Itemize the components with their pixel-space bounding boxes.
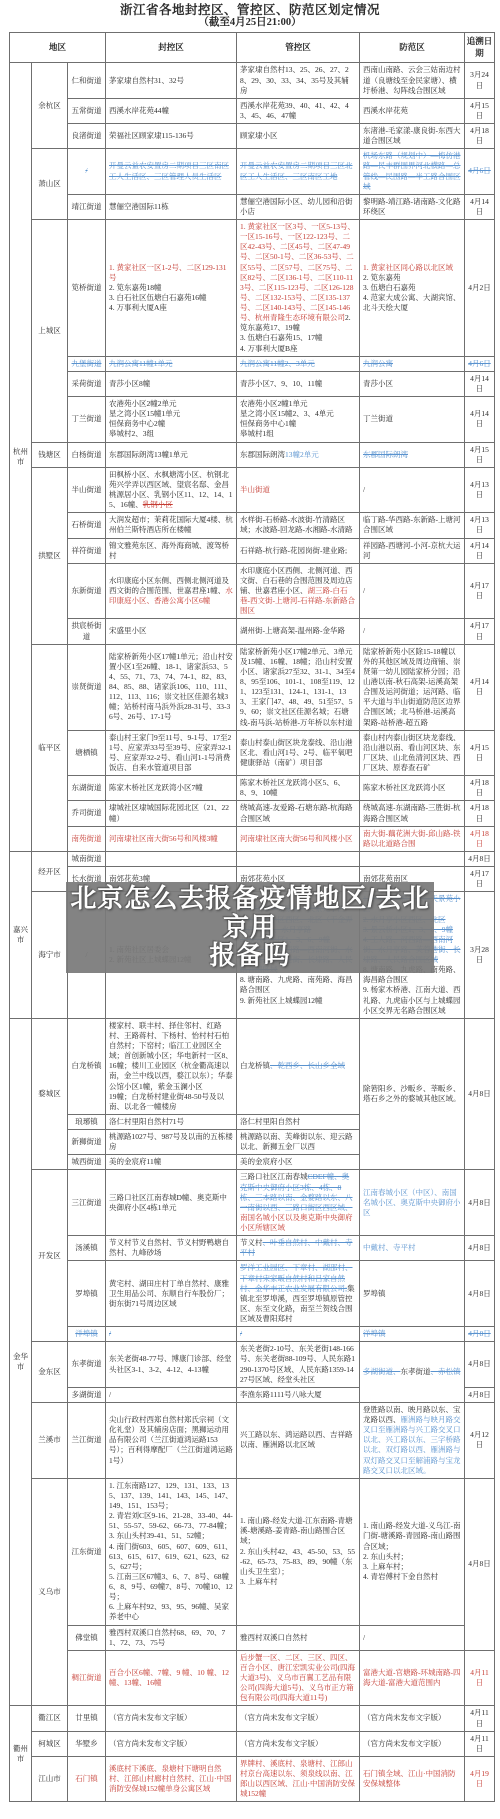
- cell-seal-zone: 节义村节义自然村、节义村野鸭塘自然村、九峰砂场: [106, 1236, 237, 1261]
- cell-prevent-zone: 祥园路-西塘河-小河-京杭大运河: [360, 538, 465, 563]
- cell-prevent-zone: 九润公寓: [360, 356, 465, 371]
- cell-district: 拱墅区: [32, 467, 68, 644]
- cell-text: 半山街道: [240, 485, 270, 494]
- cell-street: 江东街道: [68, 1478, 106, 1625]
- cell-text: 石桥街道: [72, 520, 102, 529]
- cell-trace-date: 4月11日: [465, 1731, 495, 1756]
- cell-text: 罗埠镇: [75, 1289, 98, 1298]
- cell-control-zone: 半山街道: [237, 467, 360, 513]
- cell-street: 乔司街道: [68, 801, 106, 826]
- cell-text: 泰山村王家门9至11号、9-1号、17至21号、应家弄33号至39号、应家弄32…: [109, 733, 232, 772]
- cell-text: 水样街-石桥路-水波街-竹清路区域；水波路-回龙路-水湘路-水清路: [240, 515, 353, 534]
- cell-street: 多湖街道: [68, 1387, 106, 1402]
- table-row: 塘栖镇泰山村王家门9至11号、9-1号、17至21号、应家弄33号至39号、应家…: [10, 730, 495, 776]
- overlay-caption: 北京怎么去报备疫情地区/去北京用 报备吗: [66, 882, 434, 973]
- cell-trace-date: 4月17日: [465, 619, 495, 644]
- cell-text: 慧俪空港国际11栋: [109, 202, 169, 211]
- cell-prevent-zone: 多湖街道、东孝街道、赤松镇: [360, 1342, 465, 1403]
- cell-street: 城西街道: [68, 1155, 106, 1170]
- cell-street: 稠江街道: [68, 1650, 106, 1706]
- cell-prevent-zone: 1. 黄家社区同心路以北区域 2. 笕东嘉苑 3. 伍塘白石嘉苑 4. 范家大成…: [360, 220, 465, 357]
- page: 浙江省各地封控区、管控区、防范区划定情况 （截至4月25日21:00） 地区 封…: [0, 0, 500, 1819]
- cell-trace-date: 4月14日: [465, 644, 495, 730]
- table-row: 金东区东孝街道东关老街48-77号、博康门诊部、经堂头社区3-1、3-2、4-1…: [10, 1342, 495, 1388]
- cell-text: 南国名城小区以及奥克斯中央御府小区所辖区域: [240, 1213, 353, 1232]
- table-row: 采荷街道青莎小区8幢青莎小区7、9、10、11幢青莎小区4月14日: [10, 371, 495, 396]
- cell-text: 、乾西乡、长山乡全域: [270, 1061, 345, 1070]
- cell-text: /: [109, 1390, 111, 1399]
- cell-text: 白杨街道: [72, 450, 102, 459]
- page-title: 浙江省各地封控区、管控区、防范区划定情况: [0, 3, 500, 17]
- cell-control-zone: 慧俪空港国际小区、幼儿园和沿街小店: [237, 194, 360, 219]
- cell-text: 13幢2单元: [285, 450, 319, 459]
- cell-seal-zone: 九润公寓11幢1单元: [106, 356, 237, 371]
- cell-text: （官方尚未发布文字版）: [109, 1739, 192, 1748]
- cell-text: 祥符街道: [72, 546, 102, 555]
- cell-text: 石门镇: [75, 1774, 98, 1783]
- cell-text: 东渚港-毛家漾-康良街-东西大道合围区域: [363, 126, 461, 145]
- cell-text: 节义村节义自然村、节义村野鸭塘自然村、九峰砂场: [109, 1238, 229, 1257]
- table-row: 萧山区/开曼云益农安置房二期项目三区南区工人生活区、三区管理人员生活区开曼云益农…: [10, 149, 495, 195]
- cell-text: 1. 黄家社区同心路以北区域: [363, 263, 453, 272]
- cell-district: 衢江区: [32, 1706, 68, 1731]
- table-row: 钱塘区白杨街道东郡国际朗湾13幢1单元东郡国际朗湾13幢2单元东郡国际朗湾4月1…: [10, 442, 495, 467]
- cell-text: 1. 南山路-经发大道-江东南路-青塘溪-塘溪路-姜青路-南山路围合区域； 2.…: [240, 1516, 355, 1586]
- cell-prevent-zone: 机场东路（规划中）—梅仿港路—民丰群围界河北横路—总管线—民围路—半工路合围区域: [360, 149, 465, 195]
- cell-text: 4月2日: [468, 283, 491, 292]
- column-header-seal: 封控区: [106, 33, 237, 63]
- cell-text: 乳钢小区: [143, 500, 173, 509]
- cell-prevent-zone: 丁兰街道: [360, 397, 465, 443]
- cell-text: （官方尚未发布文字版）: [240, 1739, 323, 1748]
- cell-control-zone: 农港苑小区2幢1单元 星之湾小区15幢2、3、4单元 恒保商务中心1幢 皋城村1…: [237, 397, 360, 443]
- cell-street: 祥符街道: [68, 538, 106, 563]
- page-subtitle: （截至4月25日21:00）: [0, 17, 500, 29]
- cell-seal-zone: 尖山行政村西郑自然村郑氏宗祠（文化礼堂）及其辅房店面；黑狮运动用品有限公司（兰江…: [106, 1402, 237, 1478]
- cell-control-zone: 顾家埭小区: [237, 124, 360, 149]
- cell-text: 三路口社区江南春城: [240, 1172, 308, 1181]
- cell-prevent-zone: 西溪水岸花苑: [360, 98, 465, 123]
- cell-text: 三江街道: [72, 1198, 102, 1207]
- cell-text: 采荷街道: [72, 379, 102, 388]
- cell-text: 4月15日: [470, 743, 489, 762]
- cell-text: 佛堂镇: [75, 1633, 98, 1642]
- cell-text: 界牌村、溪底村、泉塘村、江郎山村京台高速以东、须泉线以南、江郎山以西区域、江山·…: [240, 1759, 355, 1798]
- cell-control-zone: 泰山村泰山街区块龙泰线、沿山港区北、看山河1号、2号、临平氧吧健康驿站（南矿）项…: [237, 730, 360, 776]
- cell-text: 4月17日: [470, 581, 489, 600]
- cell-text: 、赤松镇: [431, 1367, 461, 1376]
- cell-street: 九堡街道: [68, 356, 106, 371]
- cell-text: 4月8日: [468, 1359, 491, 1368]
- cell-text: 新狮街道: [72, 1137, 102, 1146]
- cell-seal-zone: 泰山村王家门9至11号、9-1号、17至21号、应家弄33号至39号、应家弄32…: [106, 730, 237, 776]
- cell-street: 东孝街道: [68, 1342, 106, 1388]
- cell-text: /: [85, 166, 87, 175]
- column-header-date: 追溯日期: [465, 33, 495, 63]
- cell-street: 兰江街道: [68, 1402, 106, 1478]
- cell-district: 兰溪市: [32, 1402, 68, 1478]
- cell-street: 佛堂镇: [68, 1625, 106, 1650]
- cell-trace-date: 4月8日: [465, 1478, 495, 1650]
- cell-control-zone: （官方尚未发布文字版）: [237, 1706, 360, 1731]
- cell-seal-zone: /: [106, 1387, 237, 1402]
- cell-district: 经开区: [32, 851, 68, 891]
- cell-control-zone: 青莎小区7、9、10、11幢: [237, 371, 360, 396]
- cell-text: 4月19日: [470, 1769, 489, 1788]
- cell-control-zone: 兴工路以东、鸿运路以西、吉祥路以南、雁洲路以北区域: [237, 1402, 360, 1478]
- cell-control-zone: 水印康庭小区西侧、北侧河道、西文街、白石巷的合围范围及周边店铺、世嘉君座小区、湖…: [237, 563, 360, 619]
- cell-control-zone: 湖州街-上塘高架-温州路-金华路: [237, 619, 360, 644]
- cell-seal-zone: 陆家桥新苑小区17幢1单元；沿山村安置小区1至26幢、18-1、诸家浜53、54…: [106, 644, 237, 730]
- cell-district: 上城区: [32, 220, 68, 443]
- cell-prevent-zone: /: [360, 467, 465, 513]
- cell-prevent-zone: 陈家木桥社区龙跃湾小区: [360, 776, 465, 801]
- cell-text: 东关老街48-77号、博康门诊部、经堂头社区3-1、3-2、4-12、4-13幢: [109, 1354, 232, 1373]
- cell-text: 1. 黄家社区一区3号、一区5-13号、一区15-16号、一区122-123号、…: [240, 222, 355, 322]
- cell-text: /: [240, 1329, 242, 1338]
- cell-text: 4月18日: [470, 126, 489, 145]
- cell-trace-date: 4月8日: [465, 851, 495, 866]
- cell-seal-zone: 锦文雅苑东区、海外海商城、渡驾桥村: [106, 538, 237, 563]
- cell-prevent-zone: 登胜路以南、映月路以东、宝龙路以西、雁洲路与映月路交叉口至雁洲路与兴工路交叉口以…: [360, 1402, 465, 1478]
- cell-street: 东新街道: [68, 563, 106, 619]
- cell-street: 石门镇: [68, 1756, 106, 1802]
- cell-text: 南大街-藕花洲大街-邱山路-铁路以北道路合围: [363, 829, 461, 848]
- cell-prevent-zone: （官方尚未发布文字版）: [360, 1731, 465, 1756]
- cell-seal-zone: 开曼云益农安置房二期项目三区南区工人生活区、三区管理人员生活区: [106, 149, 237, 195]
- cell-street: 琅琊镇: [68, 1114, 106, 1129]
- cell-text: 洋埠镇: [363, 1329, 386, 1338]
- cell-trace-date: 4月15日: [465, 98, 495, 123]
- cell-seal-zone: 农港苑小区2幢2单元 星之湾小区15幢1单元 恒保商务中心2幢 皋城村2、3组: [106, 397, 237, 443]
- cell-text: 洋埠镇: [75, 1329, 98, 1338]
- cell-control-zone: 九润公寓11幢2、3单元: [237, 356, 360, 371]
- table-row: 上城区笕桥街道1. 黄家社区一区1-2号、二区129-131号 2. 笕东嘉苑1…: [10, 220, 495, 357]
- cell-text: 青莎小区: [363, 379, 393, 388]
- cell-prevent-zone: 富港大道-官塘路-环城南路-四海大道-富港大道范围内: [360, 1650, 465, 1706]
- cell-control-zone: 东郡国际朗湾13幢2单元: [237, 442, 360, 467]
- cell-street: 五常街道: [68, 98, 106, 123]
- cell-text: 顾家埭小区: [240, 131, 278, 140]
- cell-street: 罗埠镇: [68, 1261, 106, 1327]
- cell-control-zone: 美的金宸府小区: [237, 1155, 360, 1170]
- table-row: 开发区三江街道三路口社区江南春城D幢、奥克斯中央御府小区4栋1单元三路口社区江南…: [10, 1170, 495, 1236]
- cell-street: 南苑街道: [68, 826, 106, 851]
- cell-control-zone: [237, 851, 360, 866]
- cell-text: （官方尚未发布文字版）: [240, 1713, 323, 1722]
- cell-district: 余杭区: [32, 63, 68, 149]
- cell-text: 4月14日: [470, 374, 489, 393]
- cell-control-zone: 东关老街2-10号、东关老街148-166号、东关老街88-109号、人民东路1…: [237, 1342, 360, 1388]
- cell-trace-date: 4月8日: [465, 1236, 495, 1261]
- cell-text: 除箬阳乡、沙畈乡、莘畈乡、塔石乡之外的婺城其他区域。: [363, 1084, 461, 1103]
- cell-text: 塘栖镇: [75, 748, 98, 757]
- cell-text: 兰江街道: [72, 1435, 102, 1444]
- cell-street: 新狮街道: [68, 1130, 106, 1155]
- cell-text: 汤溪镇: [75, 1243, 98, 1252]
- cell-text: 4月14日: [470, 677, 489, 696]
- cell-prevent-zone: /: [360, 1625, 465, 1650]
- cell-text: 东郡国际朗湾: [363, 450, 408, 459]
- cell-seal-zone: 西溪水岸花苑44幢: [106, 98, 237, 123]
- cell-control-zone: 界牌村、溪底村、泉塘村、江郎山村京台高速以东、须泉线以南、江郎山以西区域、江山·…: [237, 1756, 360, 1802]
- cell-text: 黄宅村、湖田庄村丁单自然村、康雅卫生用品公司、东顺自行车股份厂；街东街71号周边…: [109, 1279, 229, 1308]
- cell-text: 青莎小区7、9、10、11幢: [240, 379, 322, 388]
- cell-trace-date: 4月8日: [465, 1261, 495, 1327]
- cell-text: 白龙桥镇: [240, 1061, 270, 1070]
- cell-text: /: [109, 1329, 111, 1338]
- table-row: 汤溪镇节义村节义自然村、节义村野鸭塘自然村、九峰砂场节义村、叶垂自然村、中戴村、…: [10, 1236, 495, 1261]
- table-row: 临平区崇贤街道陆家桥新苑小区17幢1单元；沿山村安置小区1至26幢、18-1、诸…: [10, 644, 495, 730]
- cell-text: /: [363, 1633, 365, 1642]
- cell-text: 4月14日: [470, 541, 489, 560]
- cell-street: 白龙桥镇: [68, 1018, 106, 1114]
- cell-trace-date: 4月8日: [465, 1327, 495, 1342]
- cell-text: 4月6日: [468, 359, 491, 368]
- cell-control-zone: 三路口社区江南春城CDEF幢、奥克斯中央御府小区3栋、4栋、8栋、三本路以南、金…: [237, 1170, 360, 1236]
- cell-text: 4月14日: [470, 197, 489, 216]
- cell-text: 陆家桥新苑小区除15-18幢以外的其他区域及周边商铺、崇贤第一幼儿园陆家桥分园；…: [363, 647, 461, 727]
- cell-text: 城南街道: [72, 854, 102, 863]
- cell-text: 洛仁村里阳自然村: [240, 1117, 300, 1126]
- cell-street: 白杨街道: [68, 442, 106, 467]
- cell-text: 4月8日: [468, 1198, 491, 1207]
- cell-seal-zone: 美的金宸府11幢: [106, 1155, 237, 1170]
- cell-text: 西溪水岸花苑: [363, 106, 408, 115]
- cell-text: 4月12日: [470, 1430, 489, 1449]
- cell-text: （官方尚未发布文字版）: [363, 1713, 446, 1722]
- cell-trace-date: 4月14日: [465, 538, 495, 563]
- cell-seal-zone: 大润发超市；茉莉花国际大厦4楼、杭州伯兰斯特酒店所在楼幢: [106, 513, 237, 538]
- cell-trace-date: 4月17日: [465, 563, 495, 619]
- table-row: 佛堂镇雅西村双溪口自然村68、69、70、71、72、73、75号雅西村双溪口自…: [10, 1625, 495, 1650]
- cell-text: 雅西村双溪口自然村68、69、70、71、72、73、75号: [109, 1628, 225, 1647]
- cell-control-zone: 陆家桥新苑小区17幢2单元、3单元及15幢、16幢、18幢；沿山村安置小区、诸家…: [237, 644, 360, 730]
- cell-text: （官方尚未发布文字版）: [109, 1713, 192, 1722]
- cell-text: 九润公寓11幢2、3单元: [240, 359, 315, 368]
- cell-text: 8. 塘南路、九虎路、南苑路、海昌路合围区 9. 新苑社区上城蝶园12幢: [240, 975, 353, 1004]
- cell-text: 4月14日: [470, 409, 489, 428]
- cell-trace-date: 4月18日: [465, 124, 495, 149]
- cell-district: 江山市: [32, 1756, 68, 1802]
- cell-text: 锦文雅苑东区、海外海商城、渡驾桥村: [109, 541, 229, 560]
- cell-text: 1. 南山路-经发大道-义乌江-南门街-塘溪路-青园路-南山路围合区域； 2. …: [363, 1521, 461, 1581]
- table-row: 稠江街道百合小区6幢、7幢、9 幢、10 幢、12幢、13幢、16幢后步蟹一区、…: [10, 1650, 495, 1706]
- cell-trace-date: 4月15日: [465, 730, 495, 776]
- cell-control-zone: 开曼云益农安置房二期项目三区北区工人生活区、三区南区工地: [237, 149, 360, 195]
- cell-street: 良渚街道: [68, 124, 106, 149]
- cell-control-zone: 西溪水岸花苑39、40、41、42、43、45、46、47幢: [237, 98, 360, 123]
- cell-text: 东郡国际朗湾13幢1单元: [109, 450, 188, 459]
- cell-text: 笕桥街道: [72, 283, 102, 292]
- table-row: 义乌市江东街道1. 江东南路127、129、131、133、135、137、13…: [10, 1478, 495, 1625]
- cell-text: 4月11日: [470, 1708, 488, 1727]
- table-row: 柯城区华墅乡（官方尚未发布文字版）（官方尚未发布文字版）（官方尚未发布文字版）4…: [10, 1731, 495, 1756]
- cell-text: 雅西村双溪口自然村: [240, 1633, 308, 1642]
- cell-control-zone: 白龙桥镇、乾西乡、长山乡全域: [237, 1018, 360, 1114]
- cell-text: 九润公寓: [363, 359, 393, 368]
- table-row: 东新街道水印康庭小区东侧、西侧北侧河道及西文街的合围范围、世嘉君座1幢、水印康庭…: [10, 563, 495, 619]
- cell-seal-zone: 百合小区6幢、7幢、9 幢、10 幢、12幢、13幢、16幢: [106, 1650, 237, 1706]
- cell-text: 2. 笕东嘉苑18幢 3. 白石社区伍塘白石嘉苑16幢 4. 万事利大厦A座: [109, 283, 207, 312]
- table-row: 九堡街道九润公寓11幢1单元九润公寓11幢2、3单元九润公寓4月6日: [10, 356, 495, 371]
- cell-text: 中戴村、寺平村: [363, 1243, 416, 1252]
- table-row: 兰溪市兰江街道尖山行政村西郑自然村郑氏宗祠（文化礼堂）及其辅房店面；黑狮运动用品…: [10, 1402, 495, 1478]
- cell-text: 4月15日: [470, 101, 489, 120]
- cell-trace-date: 4月11日: [465, 1650, 495, 1706]
- cell-control-zone: （官方尚未发布文字版）: [237, 1731, 360, 1756]
- cell-district: 柯城区: [32, 1731, 68, 1756]
- cell-text: 琅琊镇: [75, 1117, 98, 1126]
- cell-text: 4月8日: [468, 1329, 491, 1338]
- cell-text: 美的金宸府11幢: [109, 1157, 161, 1166]
- table-row: 拱墅区半山街道田枫桥小区、水枫塘湾小区、杭钢北苑兴学弄以西区域、望宸名邸、金昌桃…: [10, 467, 495, 513]
- cell-street: 华墅乡: [68, 1731, 106, 1756]
- cell-street: 汤溪镇: [68, 1236, 106, 1261]
- cell-text: 九堡街道: [72, 359, 102, 368]
- cell-text: 4月18日: [470, 778, 489, 797]
- column-header-region: 地区: [10, 33, 106, 63]
- cell-seal-zone: 楼家村、联丰村、择住邻村、红路村、王路蒋村、下杨村、怡村村石柏自然村；下窑村；临…: [106, 1018, 237, 1114]
- cell-text: 泰山村泰山街区块龙泰线、沿山港区北、看山河1号、2号、临平氧吧健康驿站（南矿）项…: [240, 738, 353, 767]
- cell-street: 半山街道: [68, 467, 106, 513]
- cell-text: 开曼云益农安置房二期项目三区北区工人生活区、三区南区工地: [240, 161, 353, 180]
- cell-text: 绕城高速-友爱路-石塘东路-杭海路合围区域: [240, 803, 353, 822]
- cell-city: 金华市: [10, 1018, 32, 1706]
- cell-seal-zone: 水印康庭小区东侧、西侧北侧河道及西文街的合围范围、世嘉君座1幢、水印康庭小区、香…: [106, 563, 237, 619]
- cell-text: 丁兰街道: [363, 414, 393, 423]
- cell-control-zone: 石祥路-杭行路-花园岗街-建业路;: [237, 538, 360, 563]
- table-row: 石桥街道大润发超市；茉莉花国际大厦4楼、杭州伯兰斯特酒店所在楼幢水样街-石桥路-…: [10, 513, 495, 538]
- cell-text: 江南春城小区（中区）、南国名城小区、奥克斯中央御府小区: [363, 1188, 461, 1217]
- table-row: 嘉兴市经开区城南街道4月8日: [10, 851, 495, 866]
- table-header-row: 地区 封控区 管控区 防范区 追溯日期: [10, 33, 495, 63]
- cell-control-zone: 陈家木桥社区龙跃湾小区5、6、8、9、10幢: [237, 776, 360, 801]
- cell-trace-date: 4月18日: [465, 826, 495, 851]
- cell-seal-zone: 1. 江东南路127、129、131、133、135、137、139、141、1…: [106, 1478, 237, 1625]
- cell-text: 陈家木桥社区龙跃湾小区: [363, 783, 446, 792]
- cell-district: 金东区: [32, 1342, 68, 1403]
- cell-text: 三路口社区江南春城D幢、奥克斯中央御府小区4栋1单元: [109, 1193, 227, 1212]
- cell-trace-date: 4月14日: [465, 194, 495, 219]
- cell-trace-date: 4月14日: [465, 397, 495, 443]
- cell-trace-date: 4月8日: [465, 1170, 495, 1236]
- cell-text: 4月18日: [470, 829, 489, 848]
- cell-text: 桃源路以南、芙峰街以东、迎云路以北、新狮五金厂以西: [240, 1132, 353, 1151]
- cell-trace-date: 4月14日: [465, 371, 495, 396]
- cell-text: 东湖街道: [72, 783, 102, 792]
- cell-text: 东关老街2-10号、东关老街148-166号、东关老街88-109号、人民东路1…: [240, 1344, 355, 1383]
- cell-text: 洛仁村里阳自然村71号: [109, 1117, 184, 1126]
- cell-prevent-zone: 泰山村内泰山街区块龙泰线、沿山港以南、看山河区块、东厂区块、山北鱼清河区块、西厂…: [360, 730, 465, 776]
- cell-text: /: [363, 485, 365, 494]
- cell-text: 廿里镇: [75, 1713, 98, 1722]
- cell-seal-zone: 东关老街48-77号、博康门诊部、经堂头社区3-1、3-2、4-12、4-13幢: [106, 1342, 237, 1388]
- cell-text: 4月8日: [468, 1243, 491, 1252]
- cell-prevent-zone: 洋埠镇: [360, 1327, 465, 1342]
- cell-seal-zone: （官方尚未发布文字版）: [106, 1706, 237, 1731]
- cell-prevent-zone: 西南山南路、云会三姑南边村道（良塘线至金民家塘）、横圩桥港、勾阵线合围区域: [360, 63, 465, 98]
- cell-prevent-zone: 东渚港-毛家漾-康良街-东西大道合围区域: [360, 124, 465, 149]
- cell-text: 2. 笕东嘉苑 3. 伍塘白石嘉苑 4. 范家大成公寓、大湖宾馆、北斗天绘大厦: [363, 273, 461, 312]
- cell-text: 水印康庭小区东侧、西侧北侧河道及西文街的合围范围、世嘉君座1幢、: [109, 576, 229, 595]
- cell-street: 洋埠镇: [68, 1327, 106, 1342]
- cell-text: 4月8日: [468, 854, 491, 863]
- cell-seal-zone: 青莎小区8幢: [106, 371, 237, 396]
- cell-street: 石桥街道: [68, 513, 106, 538]
- table-row: 五常街道西溪水岸花苑44幢西溪水岸花苑39、40、41、42、43、45、46、…: [10, 98, 495, 123]
- cell-text: 农港苑小区2幢2单元 星之湾小区15幢1单元 恒保商务中心2幢 皋城村2、3组: [109, 399, 180, 438]
- cell-seal-zone: 洛仁村里阳自然村71号: [106, 1114, 237, 1129]
- cell-text: 绕城高速-东湖南路-三胜街-杭海路合围区域: [363, 803, 461, 822]
- cell-seal-zone: 溪底村下溪底、泉塘村下塘明自然村、江郎山村廊村自然村、江山·中国消防安保城152…: [106, 1756, 237, 1802]
- table-row: 衢州市衢江区廿里镇（官方尚未发布文字版）（官方尚未发布文字版）（官方尚未发布文字…: [10, 1706, 495, 1731]
- cell-text: 东孝街道: [401, 1367, 431, 1376]
- cell-prevent-zone: /: [360, 619, 465, 644]
- cell-text: 茅家埭自然村13、25、26、27、28、29、30、33、34、35号及其辅房: [240, 65, 349, 94]
- cell-text: 4月15日: [470, 445, 489, 464]
- cell-control-zone: 1. 黄家社区一区3号、一区5-13号、一区15-16号、一区122-123号、…: [237, 220, 360, 357]
- cell-control-zone: 雅西村双溪口自然村: [237, 1625, 360, 1650]
- cell-text: 4月17日: [470, 869, 489, 888]
- cell-text: 3月28日: [470, 945, 489, 964]
- cell-street: 三江街道: [68, 1170, 106, 1236]
- cell-trace-date: 4月8日: [465, 1342, 495, 1388]
- table-row: 拱宸桥街道宋盛里小区湖州街-上塘高架-温州路-金华路/4月17日: [10, 619, 495, 644]
- cell-prevent-zone: 石门镇全域、江山·中国消防安保城整体: [360, 1756, 465, 1802]
- cell-control-zone: 洛仁村里阳自然村: [237, 1114, 360, 1129]
- cell-text: 临丁路-华西路-东新路-上塘河合围区域: [363, 515, 461, 534]
- cell-text: 城西街道: [72, 1157, 102, 1166]
- table-row: 罗埠镇黄宅村、湖田庄村丁单自然村、康雅卫生用品公司、东顺自行车股份厂；街东街71…: [10, 1261, 495, 1327]
- cell-text: （官方尚未发布文字版）: [363, 1739, 446, 1748]
- cell-prevent-zone: /: [360, 563, 465, 619]
- cell-text: 3月24日: [470, 70, 489, 89]
- cell-text: /: [363, 586, 365, 595]
- cell-control-zone: 绕城高速-友爱路-石塘东路-杭海路合围区域: [237, 801, 360, 826]
- cell-street: 丁兰街道: [68, 397, 106, 443]
- cell-text: 4月17日: [470, 621, 489, 640]
- cell-trace-date: 4月18日: [465, 801, 495, 826]
- cell-text: 拱宸桥街道: [72, 621, 102, 640]
- cell-text: 华墅乡: [75, 1739, 98, 1748]
- table-row: 江山市石门镇溪底村下溪底、泉塘村下塘明自然村、江郎山村廊村自然村、江山·中国消防…: [10, 1756, 495, 1802]
- cell-control-zone: 桃源路以南、芙峰街以东、迎云路以北、新狮五金厂以西: [237, 1130, 360, 1155]
- cell-text: 4月11日: [470, 1668, 488, 1687]
- cell-seal-zone: 河南埭社区南大街56号和风楼3幢: [106, 826, 237, 851]
- cell-text: 黎明路-靖江路-诸南路-文化路环绕区: [363, 197, 461, 216]
- cell-trace-date: 3月28日: [465, 892, 495, 1019]
- cell-text: 楼家村、联丰村、择住邻村、红路村、王路蒋村、下杨村、怡村村石柏自然村；下窑村；临…: [109, 1021, 233, 1111]
- cell-text: 4月8日: [468, 1089, 491, 1098]
- cell-text: 五常街道: [72, 106, 102, 115]
- table-row: 南苑街道河南埭社区南大街56号和风楼3幢河南埭社区南大街56号和风楼小区南大街-…: [10, 826, 495, 851]
- cell-text: 机场东路（规划中）—梅仿港路—民丰群围界河北横路—总管线—民围路—半工路合围区域: [363, 151, 461, 190]
- cell-street: 采荷街道: [68, 371, 106, 396]
- cell-control-zone: 水样街-石桥路-水波街-竹清路区域；水波路-回龙路-水湘路-水清路: [237, 513, 360, 538]
- cell-text: 荣福社区顾家埭115-136号: [109, 131, 194, 140]
- cell-text: 白龙桥镇: [72, 1061, 102, 1070]
- cell-text: 4月8日: [468, 1289, 491, 1298]
- table-row: 杭州市余杭区仁和街道茅家埭自然村31、32号茅家埭自然村13、25、26、27、…: [10, 63, 495, 98]
- cell-text: 祥园路-西塘河-小河-京杭大运河: [363, 541, 461, 560]
- cell-street: 城南街道: [68, 851, 106, 866]
- cell-text: 崇贤街道: [72, 682, 102, 691]
- cell-seal-zone: [106, 851, 237, 866]
- cell-text: 茅家埭自然村31、32号: [109, 76, 184, 85]
- cell-text: 溪底村下溪底、泉塘村下塘明自然村、江郎山村廊村自然村、江山·中国消防安保城152…: [109, 1764, 232, 1793]
- cell-trace-date: 4月2日: [465, 220, 495, 357]
